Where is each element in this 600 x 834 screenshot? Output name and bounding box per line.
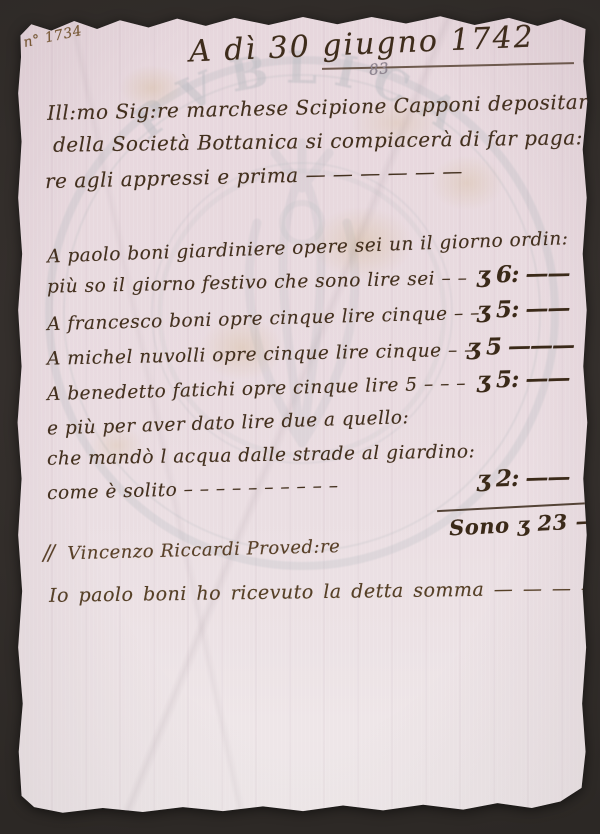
receipt-line: Io paolo boni ho ricevuto la detta somma… — [49, 577, 600, 607]
payment-entry: come è solito – – – – – – – – – – ʒ 2: —… — [47, 469, 589, 504]
date-line: A dì 30 giugno 1742 — [188, 19, 535, 69]
entry-amount: ʒ 5: —— — [477, 364, 570, 393]
entry-text: che mandò l acqua dalle strade al giardi… — [47, 441, 476, 469]
entry-text: e più per aver dato lire due a quello: — [47, 407, 410, 439]
entry-amount: ʒ 5 ——— — [467, 332, 575, 361]
signature-name: Vincenzo Riccardi Proved:re — [67, 536, 340, 564]
archival-number: n° 1734 — [22, 23, 84, 51]
page-annotation: 83 — [368, 59, 390, 79]
paper-wrapper: PVBLICA n° 1734 A dì 30 giugno 1742 83 I… — [17, 13, 589, 816]
payment-entry: A michel nuvolli opre cinque lire cinque… — [47, 337, 589, 369]
payment-entry: A francesco boni opre cinque lire cinque… — [47, 300, 589, 335]
signature-line: ∕∕ Vincenzo Riccardi Proved:re — [43, 533, 341, 565]
entry-amount: ʒ 2: —— — [477, 463, 570, 492]
payment-entry: più so il giorno festivo che sono lire s… — [47, 265, 589, 297]
entry-text: A francesco boni opre cinque lire cinque… — [47, 303, 480, 335]
total-line: Sono ʒ 23 —— — [448, 507, 600, 541]
paper-sheet: PVBLICA n° 1734 A dì 30 giugno 1742 83 I… — [17, 13, 589, 816]
signature-flourish: ∕∕ — [43, 541, 54, 565]
salutation-line-3: re agli appressi e prima — — — — — — — [45, 159, 463, 193]
entry-text: più so il giorno festivo che sono lire s… — [47, 268, 468, 298]
payment-entry: A benedetto fatichi opre cinque lire 5 –… — [47, 370, 589, 405]
entry-amount: ʒ 6: —— — [477, 260, 570, 289]
photo-background: PVBLICA n° 1734 A dì 30 giugno 1742 83 I… — [0, 0, 600, 834]
salutation-line-1: Ill:mo Sig:re marchese Scipione Capponi … — [47, 89, 600, 125]
payment-entry: e più per aver dato lire due a quello: — [47, 401, 589, 439]
entry-text: A benedetto fatichi opre cinque lire 5 –… — [47, 373, 466, 405]
entry-amount: ʒ 5: —— — [477, 294, 570, 323]
total-label: Sono — [448, 512, 510, 540]
salutation-line-2: della Società Bottanica si compiacerà di… — [53, 125, 583, 156]
total-amount: ʒ 23 —— — [517, 507, 600, 537]
entry-text: come è solito – – – – – – – – – – — [47, 475, 339, 504]
entry-text: A michel nuvolli opre cinque lire cinque… — [47, 340, 474, 370]
date-underline — [322, 62, 574, 70]
